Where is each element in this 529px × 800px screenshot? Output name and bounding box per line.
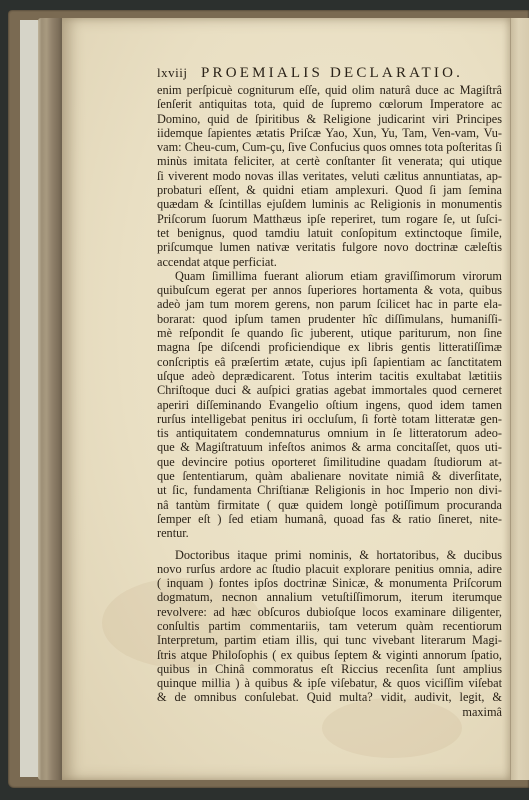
text-line: ſi viverent modo novas illas veritates, … — [157, 169, 502, 183]
text-line: ſenſerit antiquitas tota, quid de ſuprem… — [157, 97, 502, 111]
catchword: maximâ — [157, 705, 502, 719]
text-line: ( inquam ) fontes ipſos doctrinæ Sinicæ,… — [157, 576, 502, 590]
page-number: lxviij — [157, 66, 201, 80]
text-line: uſque adeò deprædicarent. Totus interim … — [157, 369, 502, 383]
text-line: aperiri diſſeminando Evangelio oſtium in… — [157, 398, 502, 412]
paragraph-2: Quam ſimillima fuerant aliorum etiam gra… — [157, 269, 502, 541]
text-line: Domino, quid de ſpiritibus & Religione j… — [157, 112, 502, 126]
text-line: conſcriptis eâ præſertim ætate, cujus ip… — [157, 355, 502, 369]
page-edges-stack — [38, 18, 62, 780]
text-line: Doctoribus itaque primi nominis, & horta… — [157, 548, 502, 562]
text-line: Priſcorum ſuorum Matthæus ipſe reperiret… — [157, 212, 502, 226]
text-line: enim perſpicuè cogniturum eſſe, quid oli… — [157, 83, 502, 97]
text-line: que devincire potius oporteret ſimilitud… — [157, 455, 502, 469]
text-line: ſtris atque Philoſophis ( ex quibus ſept… — [157, 648, 502, 662]
text-line: vam: Cheu-cum, Cum-çu, ſive Confucius qu… — [157, 140, 502, 154]
text-line: quibuſcum egerat per annos ſuperiores ho… — [157, 283, 502, 297]
text-line: tis antiquitatem condemnaturus omnium in… — [157, 426, 502, 440]
text-line: conſultis partim commentariis, tam veter… — [157, 619, 502, 633]
text-line: Quam ſimillima fuerant aliorum etiam gra… — [157, 269, 502, 283]
text-line: quædam & ſcintillas ejuſdem luminis ac R… — [157, 197, 502, 211]
text-line: adeò jam tum morem gerens, non parum ſci… — [157, 297, 502, 311]
text-line: ut ſic, fundamenta Chriſtianæ Religionis… — [157, 483, 502, 497]
text-line: novo rurſus ardore ac ſtudio placuit exp… — [157, 562, 502, 576]
paragraph-3: Doctoribus itaque primi nominis, & horta… — [157, 548, 502, 705]
text-line: rentur. — [157, 526, 502, 540]
page-text: lxviij PROEMIALIS DECLARATIO. enim perſp… — [157, 66, 502, 719]
text-line: probaturi eſſent, & quidni etiam amplexu… — [157, 183, 502, 197]
text-line: priſcumque lumen nativæ veritatis fulgor… — [157, 240, 502, 254]
text-line: tet benignus, quod tamdiu latuit conſopi… — [157, 226, 502, 240]
text-line: borarat: quod ipſum tamen prudenter hîc … — [157, 312, 502, 326]
text-line: ſemper eſt ) ſed etiam humanâ, quoad fas… — [157, 512, 502, 526]
running-head: lxviij PROEMIALIS DECLARATIO. — [157, 66, 502, 83]
text-line: que ſententiarum, quàm abalienare novita… — [157, 469, 502, 483]
text-line: quibus in Chinâ commoratus eſt Riccius r… — [157, 662, 502, 676]
text-line: nâ tantùm firmitate ( quæ quidem longè p… — [157, 498, 502, 512]
text-line: Chriſtoque duci & auſpici gratias agebat… — [157, 383, 502, 397]
scan-calibration-strip — [20, 20, 38, 777]
text-line: que & Magiſtratuum infeſtos animos & arm… — [157, 440, 502, 454]
text-line: rurſus intelligebat penitus iri occluſum… — [157, 412, 502, 426]
text-line: accendat atque perficiat. — [157, 255, 502, 269]
text-line: minùs imitata feliciter, at certè conſta… — [157, 154, 502, 168]
paragraph-1: enim perſpicuè cogniturum eſſe, quid oli… — [157, 83, 502, 269]
text-line: revolvere: ad hæc obſcuros dubioſque loc… — [157, 605, 502, 619]
text-line: quinque millia ) à quibus & ipſe viſebat… — [157, 676, 502, 690]
text-line: Interpretum, partim etiam illis, qui tun… — [157, 633, 502, 647]
text-line: iidemque ſapientes ætatis Priſcæ Yao, Xu… — [157, 126, 502, 140]
text-line: & de omnibus conſulebat. Quid multa? vid… — [157, 690, 502, 704]
text-line: magna ſpe diſcendi proficiendique ex lib… — [157, 340, 502, 354]
text-line: dogmatum, necnon annalium vetuſtiſſimoru… — [157, 590, 502, 604]
next-page-edge — [510, 18, 529, 780]
running-title: PROEMIALIS DECLARATIO. — [201, 66, 463, 80]
text-line: mè reſpondit ſe quando ſic juberent, uti… — [157, 326, 502, 340]
